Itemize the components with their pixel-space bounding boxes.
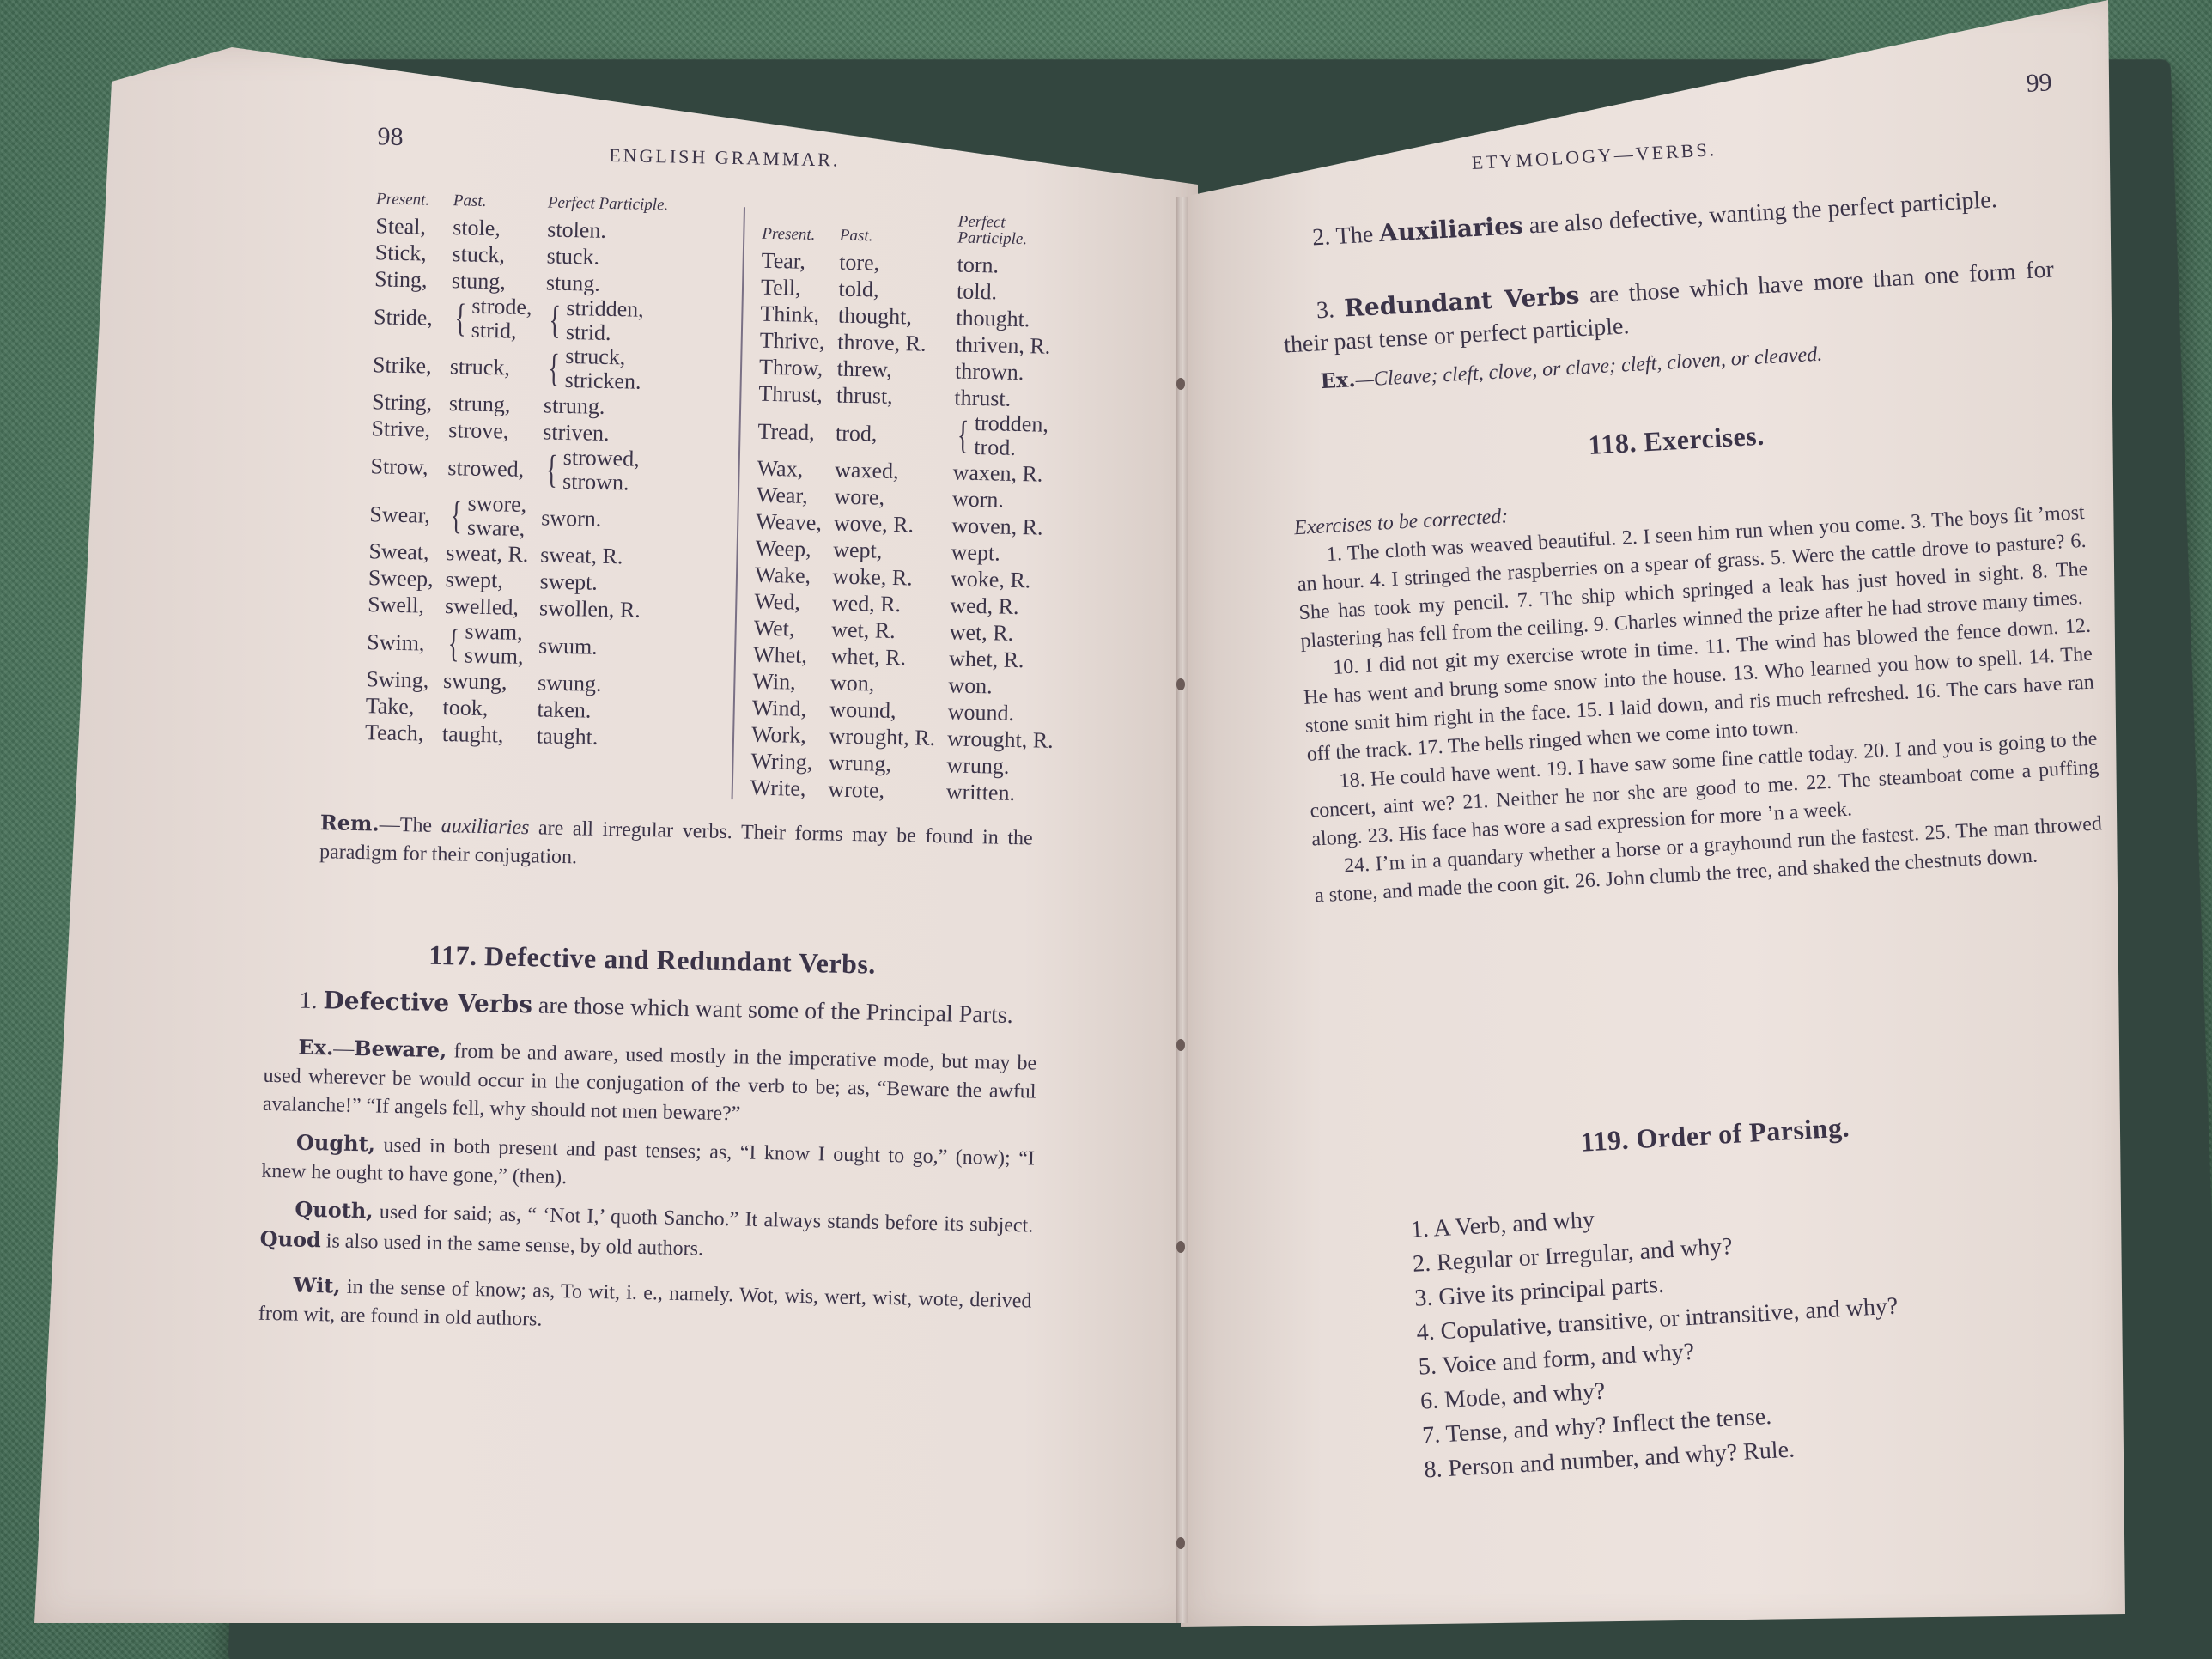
participle-form: swollen, R. bbox=[539, 594, 672, 623]
present-form: Sweat, bbox=[368, 538, 446, 566]
brace-icon: { bbox=[454, 298, 466, 337]
col-header-present: Present. bbox=[376, 191, 453, 214]
participle-form: wet, R. bbox=[949, 618, 1072, 647]
past-form: wept, bbox=[833, 537, 951, 566]
participle-form: woven, R. bbox=[951, 512, 1074, 541]
present-form: Steal, bbox=[375, 212, 453, 240]
participle-form: swept. bbox=[539, 568, 672, 597]
book-gutter bbox=[1176, 197, 1188, 1623]
participle-form: wound. bbox=[947, 698, 1070, 727]
participle-form: worn. bbox=[952, 485, 1075, 514]
present-form: Write, bbox=[750, 775, 829, 803]
binding-stitch bbox=[1176, 378, 1185, 390]
past-form: wound, bbox=[829, 696, 948, 725]
past-form: strove, bbox=[448, 416, 544, 445]
alternate-forms: {strode,strid, bbox=[450, 294, 545, 343]
past-form: woke, R. bbox=[832, 563, 951, 592]
section-118-exercises: Exercises to be corrected: 1. The cloth … bbox=[1293, 471, 2104, 911]
participle-form: sweat, R. bbox=[540, 541, 673, 570]
past-form: threw, bbox=[836, 355, 955, 385]
verb-row: Stride,{strode,strid,{stridden,strid. bbox=[374, 292, 678, 346]
present-form: Wake, bbox=[755, 562, 833, 590]
present-form: Sting, bbox=[374, 265, 452, 294]
present-form: Work, bbox=[751, 721, 829, 750]
alternate-forms: {swam,swum, bbox=[444, 619, 539, 669]
col-header-past: Past. bbox=[453, 192, 549, 216]
past-form: stung, bbox=[452, 267, 547, 295]
present-form: Wet, bbox=[753, 615, 831, 643]
present-form: Think, bbox=[760, 301, 838, 329]
verb-rows: Tear,tore,torn.Tell,told,told.Think,thou… bbox=[750, 247, 1079, 808]
past-form: throve, R. bbox=[837, 329, 956, 358]
section-117: 117. Defective and Redundant Verbs. 1. D… bbox=[258, 936, 1039, 1345]
brace-icon: { bbox=[447, 623, 459, 663]
participle-form: torn. bbox=[957, 251, 1079, 280]
present-form: Thrive, bbox=[759, 327, 837, 355]
past-form: wrought, R. bbox=[829, 722, 947, 751]
present-form: Wed, bbox=[754, 588, 832, 617]
remark-label: Rem. bbox=[320, 810, 380, 836]
past-form: waxed, bbox=[835, 457, 953, 486]
alternate-forms: {strowed,strown. bbox=[542, 445, 675, 495]
alternate-forms: {swore,sware, bbox=[447, 491, 542, 541]
present-form: Wear, bbox=[757, 482, 835, 510]
past-form: swept, bbox=[445, 566, 540, 594]
past-form: swung, bbox=[443, 667, 538, 696]
participle-form: thriven, R. bbox=[955, 331, 1078, 360]
participle-form: stung. bbox=[546, 269, 679, 298]
defective-verbs-definition: 1. Defective Verbs are those which want … bbox=[264, 983, 1038, 1033]
participle-form: thought. bbox=[956, 304, 1079, 333]
past-form: wrung, bbox=[829, 749, 947, 778]
present-form: Throw, bbox=[759, 354, 837, 382]
past-form: taught, bbox=[442, 720, 538, 749]
verb-row: Strike,struck,{struck,stricken. bbox=[372, 340, 677, 394]
present-form: Whet, bbox=[753, 641, 831, 670]
participle-form: striven. bbox=[543, 418, 676, 447]
present-form: Stride, bbox=[374, 292, 452, 342]
col-header-participle: Perfect Participle. bbox=[957, 213, 1080, 253]
present-form: Thrust, bbox=[758, 380, 836, 409]
col-header-present: Present. bbox=[762, 210, 840, 249]
participle-form: told. bbox=[957, 277, 1079, 307]
past-form: wed, R. bbox=[832, 590, 951, 619]
participle-form: whet, R. bbox=[949, 645, 1072, 674]
present-form: Wind, bbox=[751, 695, 829, 723]
past-form: strung, bbox=[449, 390, 544, 418]
participle-form: strung. bbox=[544, 392, 677, 421]
binding-stitch bbox=[1176, 1241, 1185, 1253]
participle-form: wrought, R. bbox=[947, 725, 1070, 754]
past-form: trod, bbox=[836, 409, 955, 459]
present-form: Strike, bbox=[372, 340, 450, 390]
present-form: Stick, bbox=[374, 239, 452, 267]
participle-form: woke, R. bbox=[951, 565, 1073, 594]
binding-stitch bbox=[1176, 1537, 1185, 1549]
participle-form: thrust. bbox=[954, 384, 1077, 413]
present-form: Tear, bbox=[761, 247, 839, 276]
participle-form: waxen, R. bbox=[952, 459, 1075, 488]
col-header-participle: Perfect Participle. bbox=[548, 194, 681, 218]
present-form: Teach, bbox=[365, 719, 442, 747]
participle-form: swung. bbox=[538, 669, 671, 698]
present-form: Strive, bbox=[371, 415, 448, 443]
present-form: Swell, bbox=[368, 591, 445, 619]
participle-form: wed, R. bbox=[950, 592, 1073, 621]
present-form: Swear, bbox=[369, 489, 447, 539]
past-form: stuck, bbox=[452, 240, 547, 269]
past-form: wet, R. bbox=[831, 617, 950, 646]
verb-row: Strow,strowed,{strowed,strown. bbox=[370, 441, 675, 495]
participle-form: wept. bbox=[951, 538, 1073, 568]
past-form: whet, R. bbox=[830, 642, 949, 671]
past-form: won, bbox=[830, 669, 949, 698]
past-form: stole, bbox=[453, 214, 548, 242]
past-form: tore, bbox=[839, 249, 957, 278]
page-number: 99 bbox=[2026, 68, 2053, 99]
present-form: Swim, bbox=[367, 617, 445, 667]
verb-rows: Steal,stole,stolen.Stick,stuck,stuck.Sti… bbox=[365, 212, 680, 751]
verb-row: Swear,{swore,sware,sworn. bbox=[369, 489, 674, 544]
past-form: wove, R. bbox=[834, 510, 952, 539]
past-form: sweat, R. bbox=[446, 539, 541, 568]
past-form: wrote, bbox=[828, 775, 946, 805]
brace-icon: { bbox=[545, 449, 557, 489]
present-form: Weep, bbox=[755, 535, 833, 563]
participle-form: thrown. bbox=[955, 357, 1078, 386]
alternate-forms: {trodden,trod. bbox=[953, 410, 1076, 461]
present-form: Sweep, bbox=[368, 564, 446, 592]
binding-stitch bbox=[1176, 678, 1185, 690]
binding-stitch bbox=[1176, 1039, 1185, 1051]
quoth-example: Quoth, used for said; as, “ ‘Not I,’ quo… bbox=[259, 1194, 1033, 1271]
participle-form: stuck. bbox=[546, 242, 679, 271]
past-form: thrust, bbox=[836, 382, 955, 411]
beware-example: Ex.—Beware, from be and aware, used most… bbox=[263, 1032, 1037, 1135]
col-header-past: Past. bbox=[840, 211, 958, 252]
present-form: Win, bbox=[752, 668, 830, 696]
present-form: String, bbox=[372, 388, 449, 416]
brace-icon: { bbox=[957, 416, 969, 455]
participle-form: won. bbox=[948, 671, 1071, 701]
parsing-order-list: 1. A Verb, and why 2. Regular or Irregul… bbox=[1410, 1187, 1906, 1488]
participle-form: taught. bbox=[537, 722, 670, 751]
brace-icon: { bbox=[549, 301, 561, 340]
participle-form: written. bbox=[946, 778, 1069, 807]
present-form: Strow, bbox=[370, 441, 448, 491]
present-form: Take, bbox=[365, 692, 442, 720]
brace-icon: { bbox=[450, 495, 462, 535]
brace-icon: { bbox=[548, 349, 560, 388]
alternate-forms: {struck,stricken. bbox=[544, 343, 677, 394]
verb-table-left-column: Present. Past. Perfect Participle. Steal… bbox=[365, 191, 681, 751]
past-form: struck, bbox=[449, 342, 544, 392]
present-form: Swing, bbox=[366, 665, 443, 694]
present-form: Tread, bbox=[757, 407, 836, 457]
verb-row: Tread,trod,{trodden,trod. bbox=[757, 407, 1076, 462]
alternate-forms: {stridden,strid. bbox=[544, 295, 678, 346]
verb-table-right-column: Present. Past. Perfect Participle. Tear,… bbox=[750, 210, 1080, 808]
participle-form: wrung. bbox=[946, 751, 1069, 781]
past-form: wore, bbox=[834, 483, 952, 513]
past-form: took, bbox=[442, 694, 538, 722]
past-form: strowed, bbox=[447, 443, 543, 493]
participle-form: taken. bbox=[537, 696, 670, 725]
past-form: swelled, bbox=[445, 592, 540, 621]
present-form: Weave, bbox=[756, 508, 834, 537]
present-form: Tell, bbox=[761, 274, 839, 302]
verb-row: Swim,{swam,swum,swum. bbox=[367, 617, 671, 671]
ought-example: Ought, used in both present and past ten… bbox=[261, 1127, 1035, 1202]
participle-form: sworn. bbox=[541, 493, 674, 544]
page-number: 98 bbox=[377, 122, 404, 152]
participle-form: stolen. bbox=[547, 216, 680, 245]
present-form: Wax, bbox=[757, 455, 835, 483]
past-form: told, bbox=[838, 276, 957, 305]
past-form: thought, bbox=[838, 302, 957, 331]
participle-form: swum. bbox=[538, 621, 671, 671]
present-form: Wring, bbox=[750, 748, 829, 776]
